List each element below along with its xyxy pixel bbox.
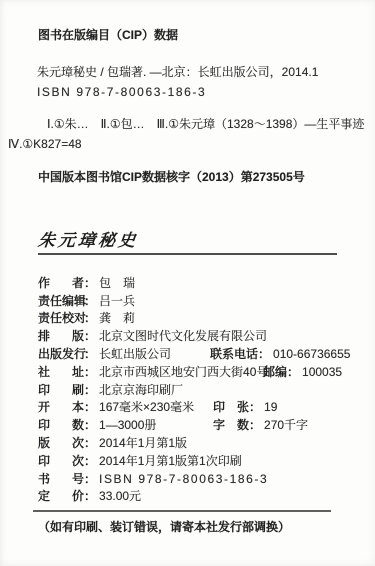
info-row-isbn: 书 号：ISBN 978-7-80063-186-3 — [38, 470, 368, 488]
info-value: 吕一兵 — [99, 294, 135, 308]
info-label: 出版发行 — [38, 347, 84, 361]
cip-classification-line2: Ⅳ.①K827=48 — [8, 137, 82, 151]
info-value: 010-66736655 — [273, 347, 350, 361]
info-label: 责任编辑 — [38, 294, 84, 308]
info-label: 邮编 — [263, 365, 287, 379]
info-row-typesetting: 排 版：北京文图时代文化发展有限公司 — [38, 327, 368, 345]
info-label: 责任校对 — [38, 311, 84, 325]
label-colon: ： — [84, 294, 96, 308]
info-value: 北京文图时代文化发展有限公司 — [99, 329, 267, 343]
info-row-publisher: 出版发行：长虹出版公司 联系电话：010-66736655 — [38, 345, 368, 363]
label-colon: ： — [84, 489, 96, 503]
info-label: 开 本 — [38, 400, 84, 414]
info-label: 印 张 — [213, 400, 249, 414]
info-value: ISBN 978-7-80063-186-3 — [99, 472, 268, 486]
cip-record-number: 中国版本图书馆CIP数据核字（2013）第273505号 — [38, 170, 305, 184]
info-value: 33.00元 — [99, 489, 141, 503]
info-row-word-count: 字 数：270千字 — [213, 416, 308, 434]
label-colon: ： — [84, 383, 96, 397]
info-row-postcode: 邮编：100035 — [263, 363, 342, 381]
cip-isbn-line: ISBN 978-7-80063-186-3 — [37, 85, 206, 99]
info-row-print-run: 印 数：1—3000册 字 数：270千字 — [38, 416, 368, 434]
cip-description-line: 朱元璋秘史 / 包瑞著. —北京：长虹出版公司，2014.1 — [37, 65, 318, 79]
info-value: 北京京海印刷厂 — [99, 383, 183, 397]
book-title: 朱元璋秘史 — [37, 234, 138, 248]
info-label: 社 址 — [38, 365, 84, 379]
info-row-sheets: 印 张：19 — [213, 399, 277, 417]
info-label: 印 刷 — [38, 383, 84, 397]
label-colon: ： — [84, 472, 96, 486]
info-row-proofreader: 责任校对：龚 莉 — [38, 310, 368, 328]
info-value: 包 瑞 — [99, 276, 135, 290]
label-colon: ： — [84, 276, 96, 290]
info-label: 作 者 — [38, 276, 84, 290]
info-label: 定 价 — [38, 489, 84, 503]
info-value: 2014年1月第1版第1次印刷 — [99, 454, 242, 468]
info-label: 印 数 — [38, 418, 84, 432]
info-label: 字 数 — [213, 418, 249, 432]
info-value: 北京市西城区地安门西大街40号 — [99, 365, 268, 379]
info-value: 100035 — [302, 365, 342, 379]
cip-header: 图书在版编目（CIP）数据 — [38, 28, 178, 42]
info-value: 长虹出版公司 — [99, 347, 171, 361]
label-colon: ： — [249, 418, 261, 432]
info-label: 印 次 — [38, 454, 84, 468]
cip-classification-line1: Ⅰ.①朱… Ⅱ.①包… Ⅲ.①朱元璋（1328～1398）—生平事迹 — [47, 117, 364, 131]
info-label: 排 版 — [38, 329, 84, 343]
bottom-divider — [33, 510, 331, 512]
info-value: 1—3000册 — [99, 418, 156, 432]
info-value: 270千字 — [264, 418, 308, 432]
copyright-page: 图书在版编目（CIP）数据 朱元璋秘史 / 包瑞著. —北京：长虹出版公司，20… — [0, 0, 375, 566]
label-colon: ： — [84, 329, 96, 343]
label-colon: ： — [84, 436, 96, 450]
label-colon: ： — [84, 365, 96, 379]
info-row-format: 开 本：167毫米×230毫米 印 张：19 — [38, 399, 368, 417]
label-colon: ： — [287, 365, 299, 379]
label-colon: ： — [84, 418, 96, 432]
label-colon: ： — [84, 454, 96, 468]
info-row-address: 社 址：北京市西城区地安门西大街40号 邮编：100035 — [38, 363, 368, 381]
label-colon: ： — [258, 347, 270, 361]
label-colon: ： — [249, 400, 261, 414]
publication-info: 作 者：包 瑞 责任编辑：吕一兵 责任校对：龚 莉 排 版：北京文图时代文化发展… — [38, 274, 368, 505]
label-colon: ： — [84, 347, 96, 361]
label-colon: ： — [84, 400, 96, 414]
info-value: 19 — [264, 400, 277, 414]
label-colon: ： — [84, 311, 96, 325]
info-row-editor: 责任编辑：吕一兵 — [38, 292, 368, 310]
footer-note: （如有印刷、装订错误，请寄本社发行部调换） — [38, 520, 290, 534]
info-row-phone: 联系电话：010-66736655 — [210, 345, 350, 363]
info-row-price: 定 价：33.00元 — [38, 488, 368, 506]
info-row-impression: 印 次：2014年1月第1版第1次印刷 — [38, 452, 368, 470]
info-value: 167毫米×230毫米 — [99, 400, 194, 414]
info-value: 龚 莉 — [99, 311, 135, 325]
book-title-underline: 朱元璋秘史 — [38, 234, 337, 255]
info-row-printer: 印 刷：北京京海印刷厂 — [38, 381, 368, 399]
info-value: 2014年1月第1版 — [99, 436, 187, 450]
info-label: 书 号 — [38, 472, 84, 486]
info-label: 联系电话 — [210, 347, 258, 361]
info-row-edition: 版 次：2014年1月第1版 — [38, 434, 368, 452]
info-row-author: 作 者：包 瑞 — [38, 274, 368, 292]
info-label: 版 次 — [38, 436, 84, 450]
